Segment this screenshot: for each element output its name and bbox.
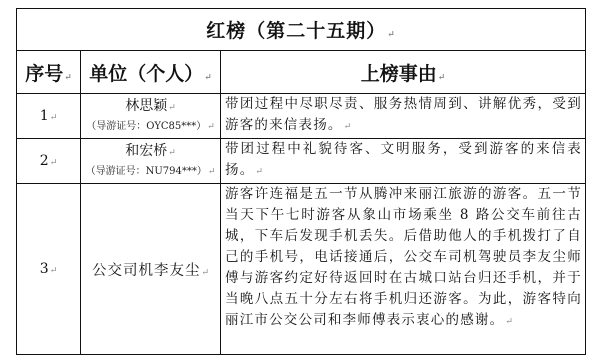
paragraph-mark-icon: ↵ <box>438 73 446 83</box>
header-number-text: 序号 <box>25 63 63 85</box>
title-text: 红榜（第二十五期） <box>206 20 386 42</box>
row-reason: 游客许连福是五一节从腾冲来丽江旅游的游客。五一节当天下午七时游客从象山市场乘坐 … <box>221 184 586 355</box>
paragraph-mark-icon: ↵ <box>505 317 514 327</box>
red-list-table: 红榜（第二十五期）↵ 序号↵ 单位（个人）↵ 上榜事由↵ 1↵ 林思颖↵ （导游… <box>16 8 586 355</box>
guide-license: （导游证号：OYC85***）↵ <box>81 118 220 136</box>
table-row: 3↵ 公交司机李友尘↵ 游客许连福是五一节从腾冲来丽江旅游的游客。五一节当天下午… <box>17 184 586 355</box>
table-row: 1↵ 林思颖↵ （导游证号：OYC85***）↵ 带团过程中尽职尽责、服务热情周… <box>17 94 586 139</box>
row-number-text: 2 <box>40 153 49 169</box>
paragraph-mark-icon: ↵ <box>64 73 72 83</box>
paragraph-mark-icon: ↵ <box>168 148 176 158</box>
guide-license-text: （导游证号：NU794***） <box>86 166 207 177</box>
paragraph-mark-icon: ↵ <box>387 30 396 40</box>
row-number: 1↵ <box>17 94 81 139</box>
unit-name-text: 公交司机李友尘 <box>92 263 201 279</box>
paragraph-mark-icon: ↵ <box>208 167 216 177</box>
row-reason: 带团过程中尽职尽责、服务热情周到、讲解优秀，受到游客的来信表扬。↵ <box>221 94 586 139</box>
title-row: 红榜（第二十五期）↵ <box>17 9 586 51</box>
reason-text: 游客许连福是五一节从腾冲来丽江旅游的游客。五一节当天下午七时游客从象山市场乘坐 … <box>225 186 582 328</box>
header-unit-text: 单位（个人） <box>89 63 203 85</box>
row-unit: 林思颖↵ （导游证号：OYC85***）↵ <box>81 94 221 139</box>
table-row: 2↵ 和宏桥↵ （导游证号：NU794***）↵ 带团过程中礼貌待客、文明服务，… <box>17 139 586 184</box>
guide-license: （导游证号：NU794***）↵ <box>81 163 220 181</box>
paragraph-mark-icon: ↵ <box>168 103 176 113</box>
row-number-text: 1 <box>40 108 49 124</box>
row-number: 2↵ <box>17 139 81 184</box>
reason-text: 带团过程中尽职尽责、服务热情周到、讲解优秀，受到游客的来信表扬。 <box>225 96 582 133</box>
header-number: 序号↵ <box>17 51 81 94</box>
paragraph-mark-icon: ↵ <box>50 158 58 168</box>
paragraph-mark-icon: ↵ <box>50 113 58 123</box>
unit-name-text: 林思颖 <box>125 98 167 114</box>
row-number: 3↵ <box>17 184 81 355</box>
paragraph-mark-icon: ↵ <box>201 268 209 278</box>
header-reason-text: 上榜事由 <box>361 63 437 85</box>
guide-license-text: （导游证号：OYC85***） <box>86 121 206 132</box>
row-number-text: 3 <box>40 261 49 277</box>
paragraph-mark-icon: ↵ <box>204 73 212 83</box>
header-row: 序号↵ 单位（个人）↵ 上榜事由↵ <box>17 51 586 94</box>
header-unit: 单位（个人）↵ <box>81 51 221 94</box>
row-unit: 公交司机李友尘↵ <box>81 184 221 355</box>
paragraph-mark-icon: ↵ <box>207 122 215 132</box>
unit-name: 林思颖↵ <box>81 96 220 118</box>
table-title: 红榜（第二十五期）↵ <box>17 9 586 51</box>
row-reason: 带团过程中礼貌待客、文明服务，受到游客的来信表扬。↵ <box>221 139 586 184</box>
paragraph-mark-icon: ↵ <box>255 167 264 177</box>
header-reason: 上榜事由↵ <box>221 51 586 94</box>
unit-name: 和宏桥↵ <box>81 141 220 163</box>
reason-text: 带团过程中礼貌待客、文明服务，受到游客的来信表扬。 <box>225 141 582 178</box>
unit-name-text: 和宏桥 <box>125 143 167 159</box>
paragraph-mark-icon: ↵ <box>50 266 58 276</box>
row-unit: 和宏桥↵ （导游证号：NU794***）↵ <box>81 139 221 184</box>
paragraph-mark-icon: ↵ <box>344 122 353 132</box>
